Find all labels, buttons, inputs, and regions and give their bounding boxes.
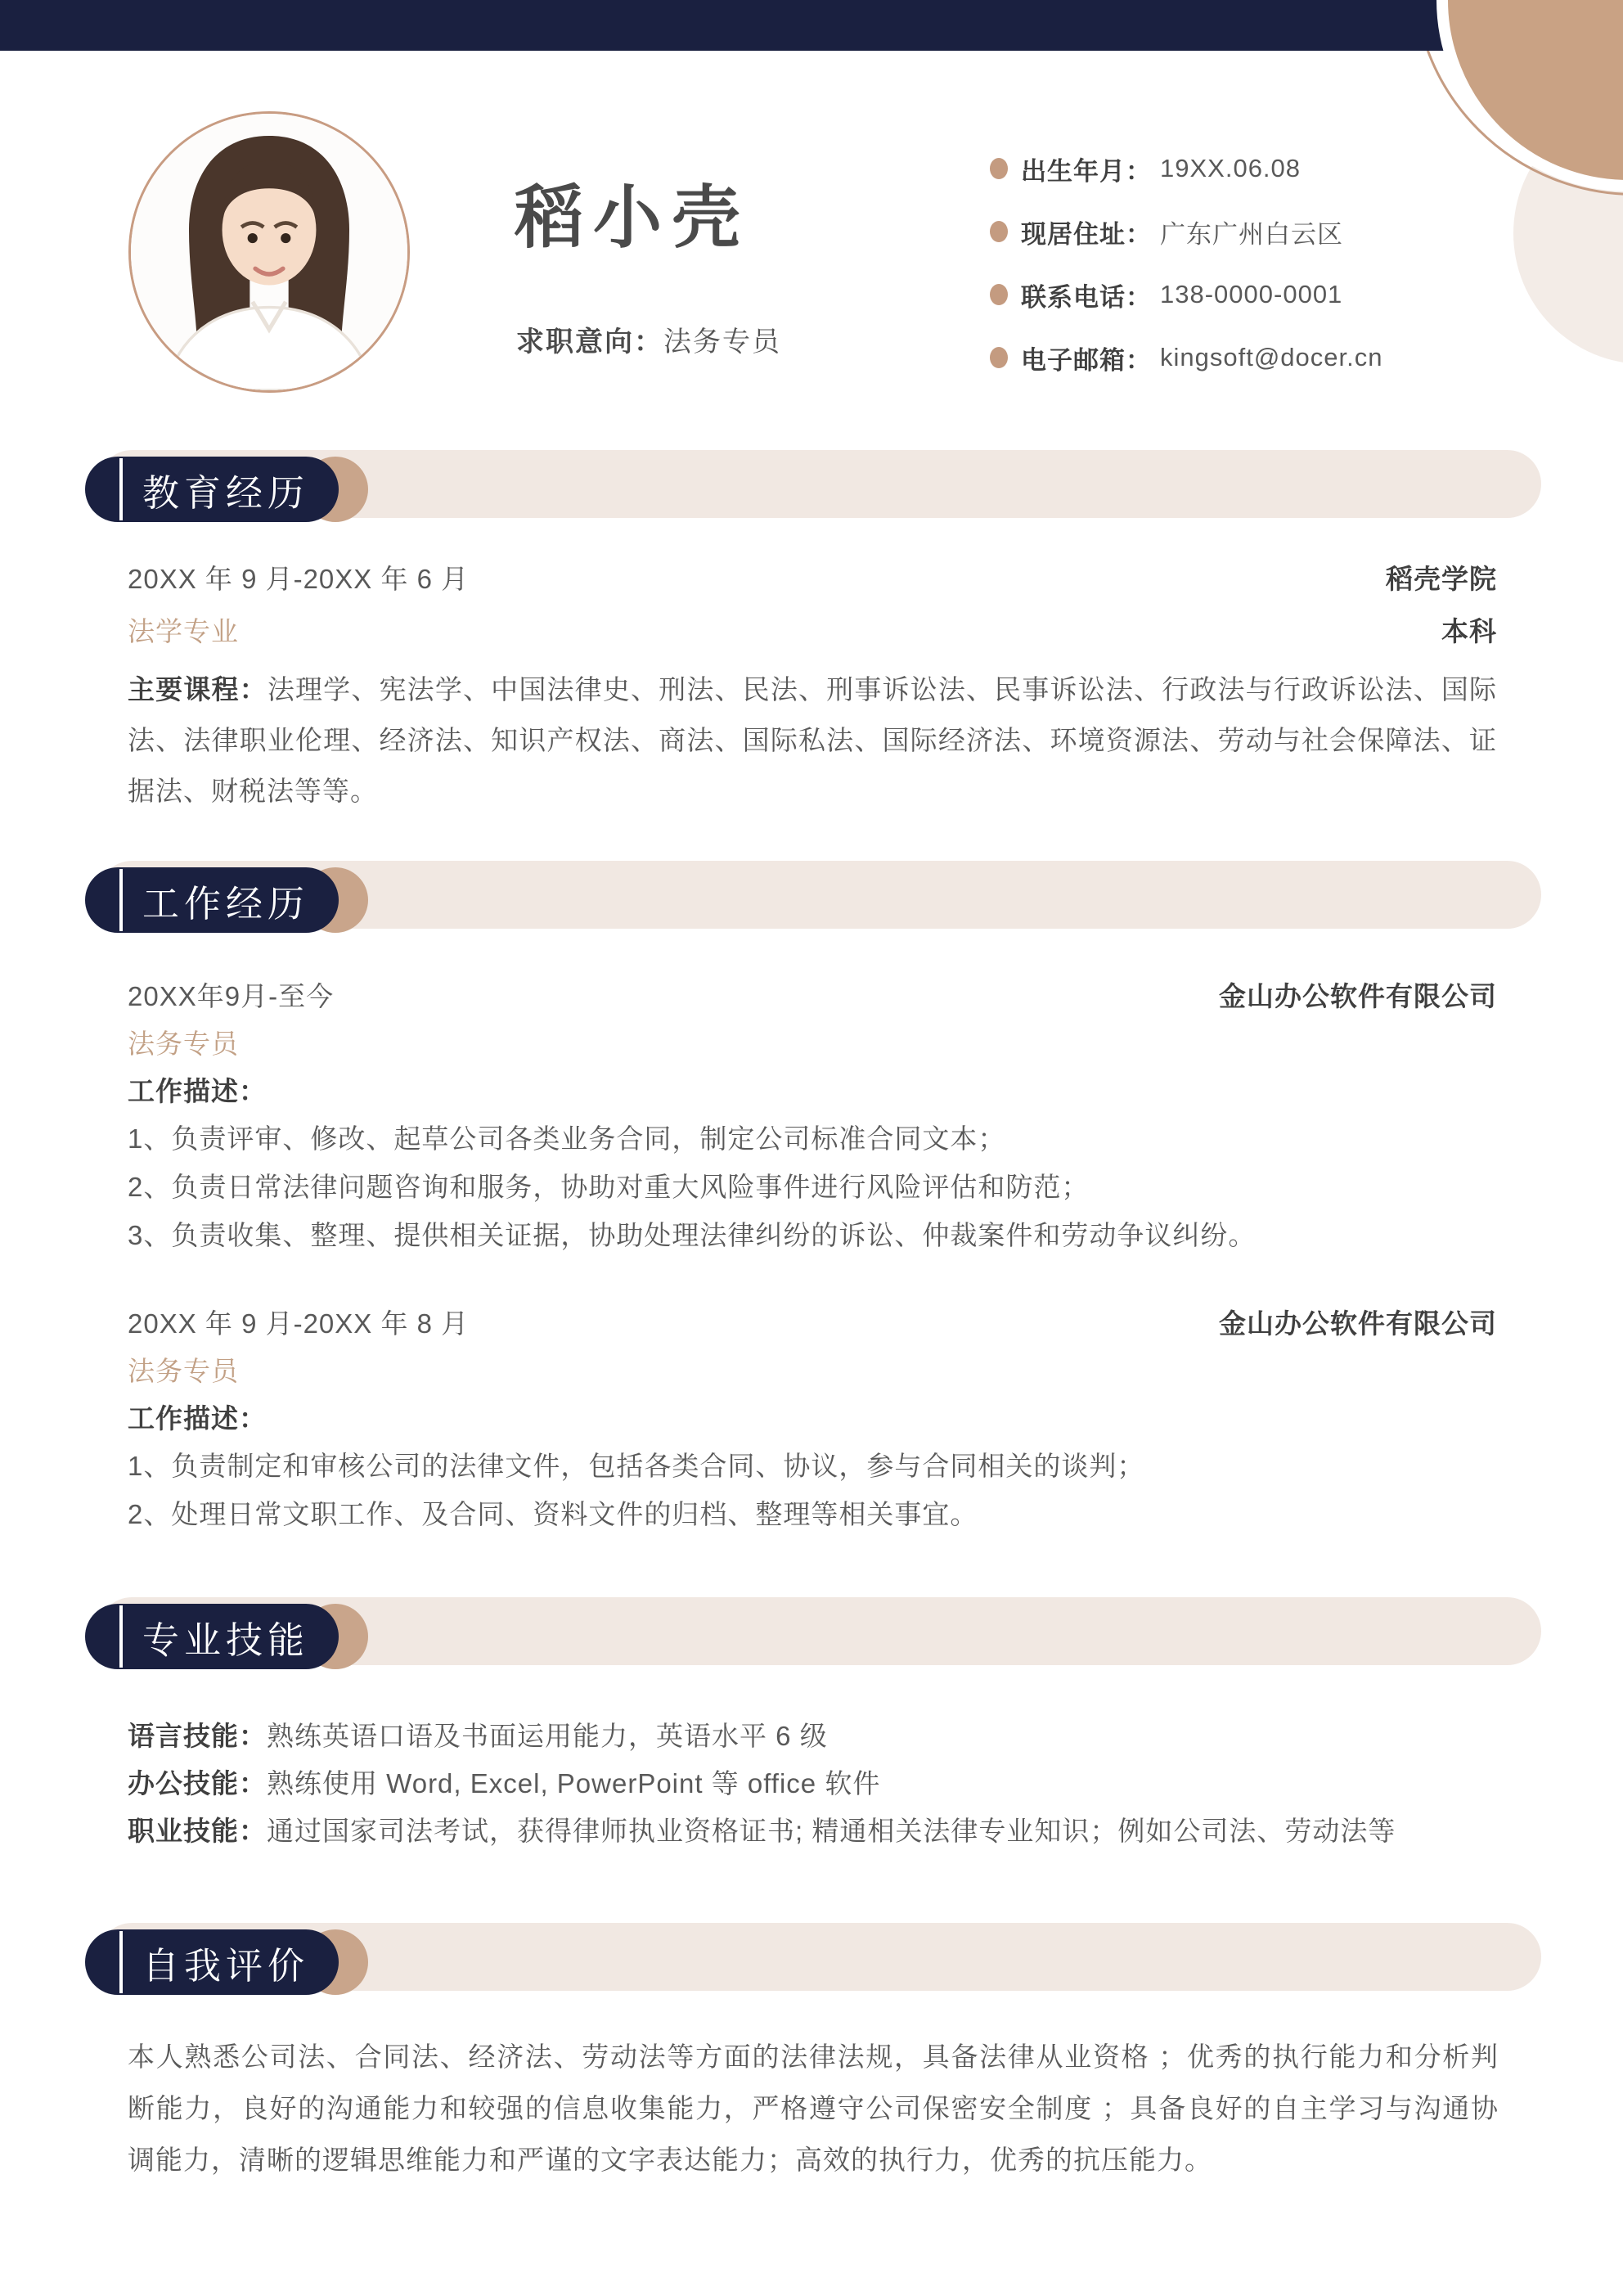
bullet-icon (990, 347, 1008, 368)
portrait-illustration (131, 114, 407, 390)
objective-label: 求职意向： (516, 326, 663, 358)
contact-row-birth: 出生年月： 19XX.06.08 (990, 152, 1301, 185)
job2-desc-label: 工作描述： (128, 1398, 267, 1436)
contact-value: kingsoft@docer.cn (1160, 343, 1383, 372)
top-navy-bar (0, 0, 1623, 51)
skill-label: 语言技能： (128, 1721, 267, 1751)
education-period: 20XX 年 9 月-20XX 年 6 月 (128, 558, 469, 597)
section-title: 专业技能 (142, 1610, 309, 1663)
section-header-evaluation: 自我评价 (85, 1923, 1541, 1997)
contact-value: 138-0000-0001 (1160, 280, 1342, 309)
contact-row-phone: 联系电话： 138-0000-0001 (990, 278, 1342, 311)
skill-professional: 职业技能：通过国家司法考试，获得律师执业资格证书; 精通相关法律专业知识；例如公… (128, 1810, 1535, 1848)
section-header-work: 工作经历 (85, 861, 1541, 934)
job1-role: 法务专员 (128, 1023, 239, 1061)
contact-label: 出生年月： (1021, 151, 1152, 187)
job2-item-1: 1、负责制定和审核公司的法律文件，包括各类合同、协议，参与合同相关的谈判； (128, 1445, 1535, 1483)
contact-label: 现居住址： (1021, 214, 1152, 250)
contact-label: 电子邮箱： (1021, 340, 1152, 376)
education-degree: 本科 (1441, 610, 1497, 649)
objective-value: 法务专员 (663, 326, 781, 358)
candidate-name: 稻小壳 (515, 183, 750, 252)
contact-value: 广东广州白云区 (1160, 214, 1343, 250)
section-header-education: 教育经历 (85, 450, 1541, 524)
section-title: 工作经历 (142, 874, 309, 927)
contact-row-email: 电子邮箱： kingsoft@docer.cn (990, 341, 1383, 374)
resume-page: 稻小壳 求职意向：法务专员 出生年月： 19XX.06.08 现居住址： 广东广… (0, 0, 1623, 2296)
skill-label: 办公技能： (128, 1768, 267, 1799)
section-header-pill: 工作经历 (85, 867, 339, 933)
job1-row-period-company: 20XX年9月-至今 金山办公软件有限公司 (128, 975, 1497, 1014)
job-objective: 求职意向：法务专员 (516, 319, 781, 359)
bullet-icon (990, 158, 1008, 179)
job1-item-2: 2、负责日常法律问题咨询和服务，协助对重大风险事件进行风险评估和防范； (128, 1166, 1535, 1204)
section-header-pill: 专业技能 (85, 1604, 339, 1669)
job2-row-period-company: 20XX 年 9 月-20XX 年 8 月 金山办公软件有限公司 (128, 1303, 1497, 1341)
education-major: 法学专业 (128, 610, 239, 649)
job1-item-3: 3、负责收集、整理、提供相关证据，协助处理法律纠纷的诉讼、仲裁案件和劳动争议纠纷… (128, 1214, 1535, 1253)
skill-text: 通过国家司法考试，获得律师执业资格证书; 精通相关法律专业知识；例如公司法、劳动… (267, 1816, 1396, 1846)
job-period: 20XX年9月-至今 (128, 975, 334, 1014)
job1-desc-label: 工作描述： (128, 1070, 267, 1109)
contact-value: 19XX.06.08 (1160, 154, 1301, 183)
decor-tan-circle (1436, 0, 1623, 191)
section-header-pill: 教育经历 (85, 457, 339, 522)
section-header-pill: 自我评价 (85, 1929, 339, 1995)
job-company: 金山办公软件有限公司 (1219, 975, 1497, 1014)
job1-item-1: 1、负责评审、修改、起草公司各类业务合同，制定公司标准合同文本； (128, 1118, 1535, 1156)
job2-role: 法务专员 (128, 1350, 239, 1389)
bullet-icon (990, 284, 1008, 305)
skill-language: 语言技能：熟练英语口语及书面运用能力，英语水平 6 级 (128, 1715, 1535, 1754)
job2-item-2: 2、处理日常文职工作、及合同、资料文件的归档、整理等相关事宜。 (128, 1493, 1535, 1532)
section-title: 自我评价 (142, 1936, 309, 1989)
profile-photo (128, 111, 410, 393)
job-company: 金山办公软件有限公司 (1219, 1303, 1497, 1341)
section-header-skills: 专业技能 (85, 1597, 1541, 1671)
skill-text: 熟练使用 Word, Excel, PowerPoint 等 office 软件 (267, 1768, 880, 1799)
job-period: 20XX 年 9 月-20XX 年 8 月 (128, 1303, 469, 1341)
section-title: 教育经历 (142, 463, 309, 516)
education-row-period-school: 20XX 年 9 月-20XX 年 6 月 稻壳学院 (128, 558, 1497, 597)
skill-office: 办公技能：熟练使用 Word, Excel, PowerPoint 等 offi… (128, 1763, 1535, 1801)
education-school: 稻壳学院 (1386, 558, 1497, 597)
skill-label: 职业技能： (128, 1816, 267, 1846)
contact-row-address: 现居住址： 广东广州白云区 (990, 215, 1343, 248)
courses-text: 法理学、宪法学、中国法律史、刑法、民法、刑事诉讼法、民事诉讼法、行政法与行政诉讼… (128, 674, 1497, 806)
courses-label: 主要课程： (128, 674, 268, 705)
skill-text: 熟练英语口语及书面运用能力，英语水平 6 级 (267, 1721, 828, 1751)
bullet-icon (990, 221, 1008, 242)
evaluation-text: 本人熟悉公司法、合同法、经济法、劳动法等方面的法律法规，具备法律从业资格 ；优秀… (128, 2031, 1499, 2186)
education-row-major-degree: 法学专业 本科 (128, 610, 1497, 649)
contact-label: 联系电话： (1021, 277, 1152, 313)
education-courses: 主要课程：法理学、宪法学、中国法律史、刑法、民法、刑事诉讼法、民事诉讼法、行政法… (128, 664, 1497, 817)
